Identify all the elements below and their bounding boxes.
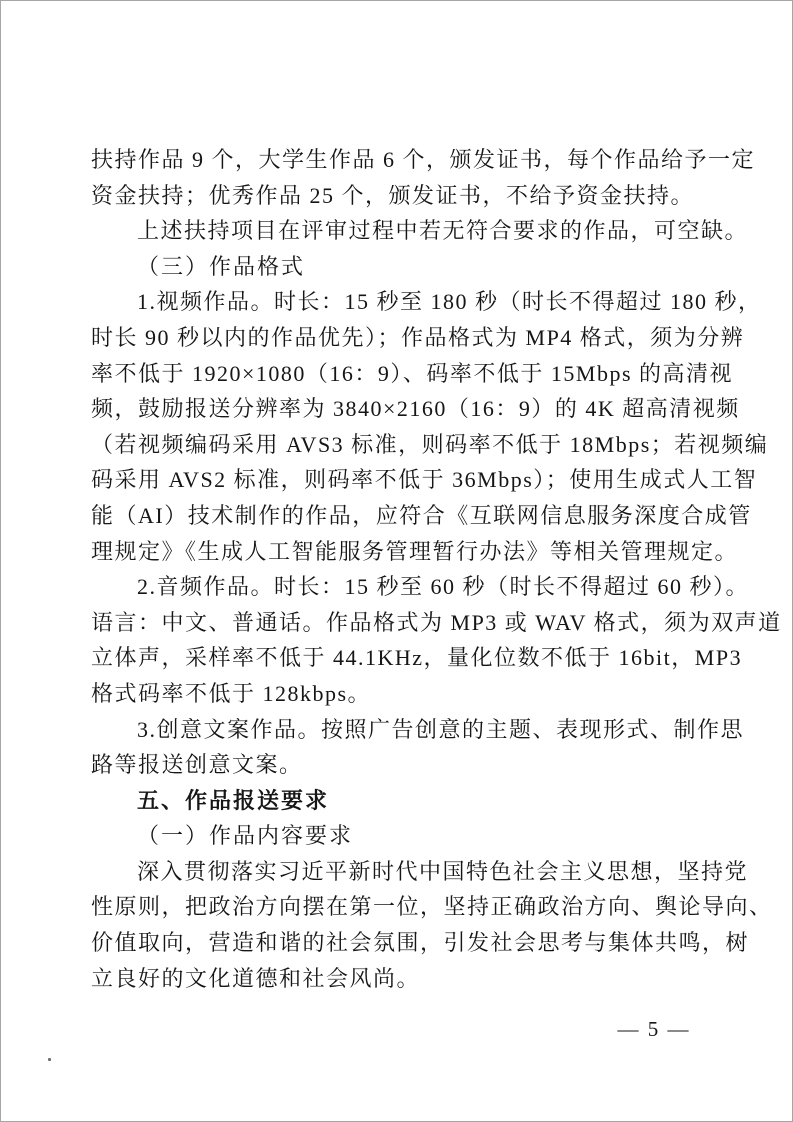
scan-artifact-speck: [48, 1058, 51, 1061]
text-line: 频，鼓励报送分辨率为 3840×2160（16：9）的 4K 超高清视频: [91, 391, 733, 427]
text-line: 2.音频作品。时长：15 秒至 60 秒（时长不得超过 60 秒）。: [91, 569, 733, 605]
text-line: 路等报送创意文案。: [91, 747, 733, 783]
heading-line: （三）作品格式: [91, 249, 733, 285]
text-line: 码采用 AVS2 标准，则码率不低于 36Mbps）；使用生成式人工智: [91, 462, 733, 498]
text-line: 价值取向，营造和谐的社会氛围，引发社会思考与集体共鸣，树: [91, 925, 733, 961]
text-line: 资金扶持；优秀作品 25 个，颁发证书，不给予资金扶持。: [91, 178, 733, 214]
text-line: 立体声，采样率不低于 44.1KHz，量化位数不低于 16bit，MP3: [91, 640, 733, 676]
text-line: 立良好的文化道德和社会风尚。: [91, 961, 733, 997]
text-line: 上述扶持项目在评审过程中若无符合要求的作品，可空缺。: [91, 213, 733, 249]
text-line: 性原则，把政治方向摆在第一位，坚持正确政治方向、舆论导向、: [91, 889, 733, 925]
document-body: 扶持作品 9 个，大学生作品 6 个，颁发证书，每个作品给予一定资金扶持；优秀作…: [91, 142, 733, 996]
text-line: 能（AI）技术制作的作品，应符合《互联网信息服务深度合成管: [91, 498, 733, 534]
text-line: 1.视频作品。时长：15 秒至 180 秒（时长不得超过 180 秒，: [91, 284, 733, 320]
text-line: 格式码率不低于 128kbps。: [91, 676, 733, 712]
text-line: 扶持作品 9 个，大学生作品 6 个，颁发证书，每个作品给予一定: [91, 142, 733, 178]
text-line: （若视频编码采用 AVS3 标准，则码率不低于 18Mbps；若视频编: [91, 427, 733, 463]
heading-line: （一）作品内容要求: [91, 818, 733, 854]
document-page: 扶持作品 9 个，大学生作品 6 个，颁发证书，每个作品给予一定资金扶持；优秀作…: [0, 0, 793, 1122]
text-line: 时长 90 秒以内的作品优先）；作品格式为 MP4 格式，须为分辨: [91, 320, 733, 356]
text-line: 理规定》《生成人工智能服务管理暂行办法》等相关管理规定。: [91, 534, 733, 570]
heading-line: 五、作品报送要求: [91, 783, 733, 819]
text-line: 3.创意文案作品。按照广告创意的主题、表现形式、制作思: [91, 712, 733, 748]
page-number: — 5 —: [609, 1017, 699, 1042]
text-line: 率不低于 1920×1080（16：9）、码率不低于 15Mbps 的高清视: [91, 356, 733, 392]
text-line: 深入贯彻落实习近平新时代中国特色社会主义思想，坚持党: [91, 854, 733, 890]
text-line: 语言：中文、普通话。作品格式为 MP3 或 WAV 格式，须为双声道: [91, 605, 733, 641]
